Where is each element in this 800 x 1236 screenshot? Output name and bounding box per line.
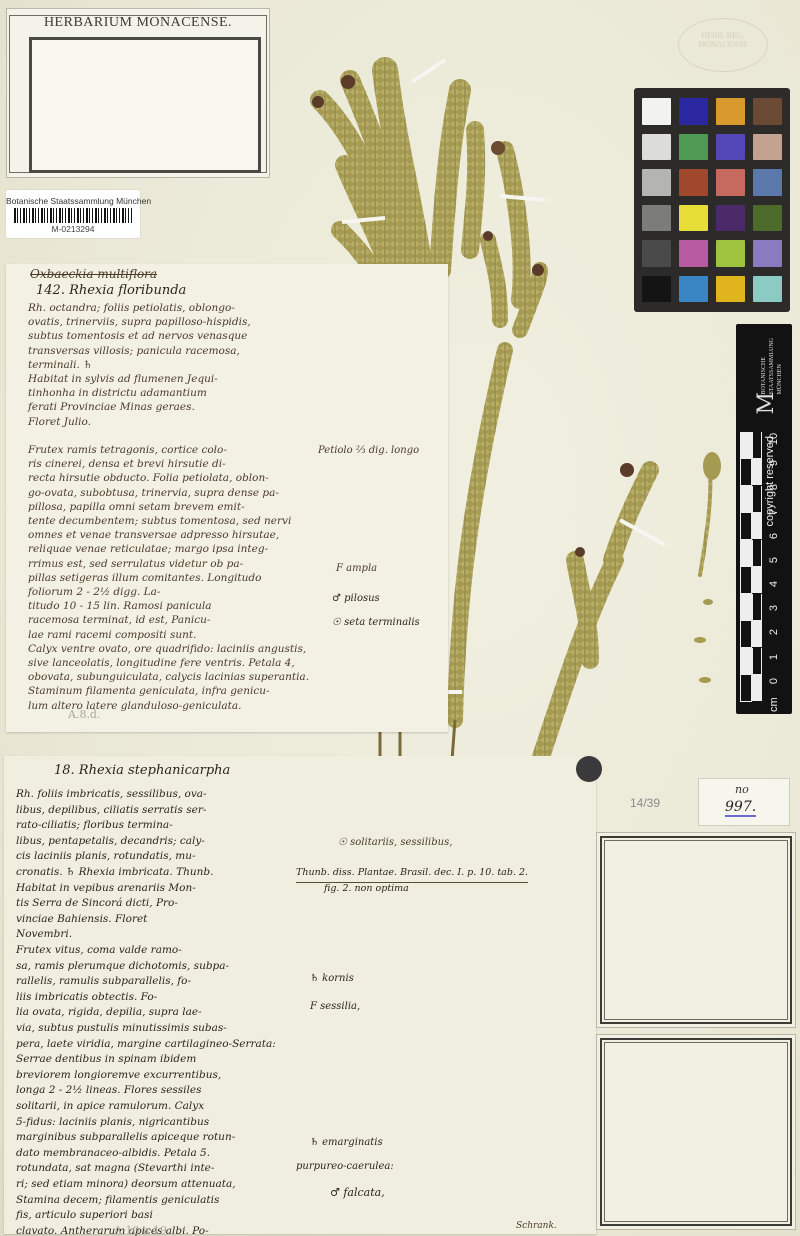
color-swatch [679, 240, 708, 267]
margin-note: ♄ emarginatis [310, 1134, 383, 1152]
color-swatch [642, 205, 671, 232]
color-swatch [642, 276, 671, 303]
barcode-number: M-0213294 [6, 224, 140, 234]
herbarium-header-label: HERBARIUM MONACENSE. [6, 8, 270, 178]
ruler-tick-label: 8 [768, 480, 782, 494]
author-signature: Schrank. [516, 1218, 557, 1236]
ruler-tick-labels: cm012345678910 [768, 432, 782, 712]
color-swatch [716, 205, 745, 232]
margin-note: purpureo-caerulea: [296, 1158, 394, 1176]
ruler-unit: cm [768, 698, 782, 712]
handwritten-line: lum altero latere glanduloso-geniculata. [28, 698, 241, 716]
margin-note: F sessilia, [310, 998, 360, 1016]
color-swatch [716, 169, 745, 196]
color-swatch [679, 276, 708, 303]
color-swatch [679, 205, 708, 232]
margin-note: ☉ solitariis, sessilibus, [338, 834, 452, 852]
color-swatch [753, 240, 782, 267]
number-prefix: no [735, 783, 749, 796]
margin-note: ♂ falcata, [330, 1184, 385, 1202]
color-swatch [716, 134, 745, 161]
ruler-segment [740, 567, 764, 594]
color-swatch [716, 240, 745, 267]
ruler-tick-label: 2 [768, 625, 782, 639]
specimen-number: 997. [725, 799, 756, 817]
upper-handwritten-note: Oxbaeckia multiflora 142. Rhexia floribu… [6, 264, 448, 732]
herbarium-title: HERBARIUM MONACENSE. [7, 15, 269, 31]
literature-citation-fig: fig. 2. non optima [324, 880, 409, 898]
color-swatch [642, 169, 671, 196]
number-label: no 997. [698, 778, 790, 826]
institution-name: Botanische Staatssammlung München [6, 196, 140, 206]
ruler-segment [740, 594, 764, 621]
ruler-institution: BOTANISCHE STAATSSAMMLUNG MÜNCHEN [760, 338, 784, 395]
scale-ruler: BOTANISCHE STAATSSAMMLUNG MÜNCHEN M copy… [736, 324, 792, 714]
struck-title: Oxbaeckia multiflora [30, 266, 157, 284]
blank-label-box [29, 37, 261, 173]
ruler-tick-label: 7 [768, 505, 782, 519]
ruler-tick-label: 1 [768, 650, 782, 664]
ruler-tick-label: 6 [768, 529, 782, 543]
color-swatch [679, 169, 708, 196]
color-swatch [753, 169, 782, 196]
ruler-tick-label: 0 [768, 674, 782, 688]
ruler-segment [740, 513, 764, 540]
color-swatch [753, 134, 782, 161]
ruler-segment [740, 621, 764, 648]
ruler-segment [740, 675, 764, 702]
color-swatch [753, 98, 782, 125]
color-swatch [642, 240, 671, 267]
margin-note: F ampla [336, 560, 377, 578]
margin-note: ☉ seta terminalis [332, 614, 420, 632]
ruler-scale-bar [740, 432, 764, 702]
institution-logo-icon: M [754, 392, 779, 415]
pencil-fraction: 14/39 [630, 796, 660, 810]
color-swatch [679, 134, 708, 161]
color-swatch [642, 134, 671, 161]
handwritten-line: clavato. Antherarum apices albi. Po- [16, 1223, 209, 1236]
margin-note: ♂ pilosus [332, 590, 380, 608]
ruler-segment [740, 540, 764, 567]
ruler-segment [740, 486, 764, 513]
ruler-segment [740, 459, 764, 486]
barcode-label: Botanische Staatssammlung München M-0213… [6, 190, 140, 238]
color-swatch [679, 98, 708, 125]
color-swatch [716, 98, 745, 125]
ruler-tick-label: 10 [768, 432, 782, 446]
ruler-segment [740, 432, 764, 459]
ruler-tick-label: 9 [768, 456, 782, 470]
ruler-segment [740, 648, 764, 675]
color-swatch [642, 98, 671, 125]
ruler-tick-label: 3 [768, 601, 782, 615]
pencil-annotation: A 10 a 19. [114, 1222, 170, 1236]
pencil-annotation: A.8.d. [68, 706, 100, 724]
lower-handwritten-note: 18. Rhexia stephanicarpha Rh. foliis imb… [4, 756, 596, 1234]
margin-note: Petiolo ⅔ dig. longo [318, 442, 419, 460]
determination-label-2: Rhexia imbricata Cham. & aerocalyx Bg.La… [596, 1034, 796, 1230]
embossed-stamp: HERB. REG. MONACENSE [678, 18, 768, 72]
herbarium-sheet: HERBARIUM MONACENSE. Botanische Staatssa… [0, 0, 800, 1236]
species-title: 18. Rhexia stephanicarpha [54, 762, 230, 780]
ruler-tick-label: 4 [768, 577, 782, 591]
handwritten-line: Floret Julio. [28, 414, 91, 432]
color-swatch [753, 205, 782, 232]
color-calibration-chart [634, 88, 790, 312]
mounting-pin-dot [576, 756, 602, 782]
ruler-tick-label: 5 [768, 553, 782, 567]
species-title: 142. Rhexia floribunda [36, 282, 186, 300]
label-frame-inner [604, 1042, 788, 1222]
label-frame-inner [604, 840, 788, 1020]
margin-note: ♄ kornis [310, 970, 354, 988]
color-swatch [753, 276, 782, 303]
color-swatch [716, 276, 745, 303]
barcode-icon [14, 208, 132, 223]
determination-label-1: LavoisieraMicrolicia? ...naea floribunda… [596, 832, 796, 1028]
